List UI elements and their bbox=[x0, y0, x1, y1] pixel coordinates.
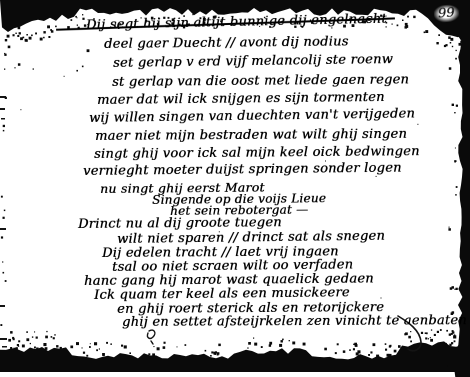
manuscript-line: set gerlap v erd vijf melancolij ste roe… bbox=[113, 52, 393, 71]
manuscript-line: singt ghij voor ick sal mijn keel oick b… bbox=[94, 144, 420, 162]
scanned-manuscript-page: Dij segt hij sijn altijt bunnige dij eng… bbox=[0, 0, 470, 377]
manuscript-line: maer dat wil ick snijgen es sijn torment… bbox=[97, 90, 385, 108]
manuscript-line: maer niet mijn bestraden wat wilt ghij s… bbox=[95, 127, 407, 144]
manuscript-line: wij willen singen van duechten van't ver… bbox=[89, 106, 415, 126]
manuscript-line: Dij segt hij sijn altijt bunnige dij eng… bbox=[86, 12, 387, 33]
manuscript-line: ghij en settet afsteijrkelen zen vinicht… bbox=[122, 313, 467, 330]
manuscript-line: st gerlap van die oost met liede gaen re… bbox=[112, 72, 409, 90]
manuscript-text: Dij segt hij sijn altijt bunnige dij eng… bbox=[0, 0, 470, 377]
page-number: 99 bbox=[434, 4, 460, 23]
manuscript-line: vernieght moeter duijst springen sonder … bbox=[83, 161, 402, 179]
manuscript-line: deel gaer Duecht // avont dij nodius bbox=[104, 34, 349, 52]
